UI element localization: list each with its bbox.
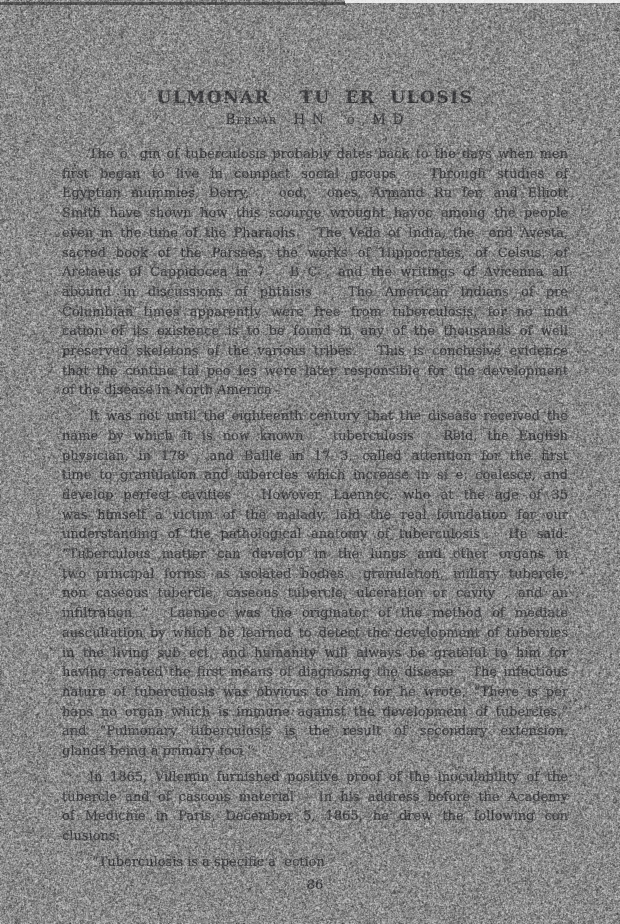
text-line: time to granulation and tubercles which …: [62, 466, 568, 486]
page-number: 86: [62, 878, 568, 893]
text-line: Columbian times apparently were free fro…: [62, 303, 568, 323]
article-body: The o gin of tuberculosis probably dates…: [62, 145, 568, 872]
text-line: non caseous tubercle, caseous tubercle, …: [62, 584, 568, 604]
text-line: “Tuberculous matter can develop in the l…: [62, 545, 568, 565]
text-line: and “Pulmonary tuberculosis is the resul…: [62, 722, 568, 742]
text-line: first began to live in compact social gr…: [62, 165, 568, 185]
text-line: having created the first means of diagno…: [62, 663, 568, 683]
text-line: In 1865, Villemin furnished positive pro…: [62, 768, 568, 788]
text-line: that the contine tal peo les were later …: [62, 362, 568, 382]
text-line: nature of tuberculosis was obvious to hi…: [62, 683, 568, 703]
paragraph-conclusion-quote: “Tuberculosis is a specific a ection: [62, 853, 568, 873]
page-text-block: ULMONAR TU ER ULOSIS Bernar H N o , M D …: [62, 0, 568, 893]
text-line: sacred book of the Parsees, the works of…: [62, 244, 568, 264]
text-line: auscultation by which he learned to dete…: [62, 624, 568, 644]
text-line: two principal forms: as isolated bodies …: [62, 565, 568, 585]
text-line: in the living sub ect, and humanity will…: [62, 644, 568, 664]
text-line: understanding of the pathological anatom…: [62, 525, 568, 545]
text-line: of the disease in North America: [62, 381, 568, 401]
text-line: glands being a primary foci ”: [62, 742, 568, 762]
text-line: Aretaeus of Cappidocea in 7 B C , and th…: [62, 263, 568, 283]
author-byline: Bernar H N o , M D: [62, 111, 568, 130]
text-line: preserved skeletons of the various tribe…: [62, 342, 568, 362]
text-line: Egyptian mummies, Derry, ood, ones, Arma…: [62, 184, 568, 204]
text-line: develop perfect cavities However, Laenne…: [62, 486, 568, 506]
text-line: cation of its existence is to be found i…: [62, 322, 568, 342]
scan-top-edge-highlight: [345, 0, 620, 3]
text-line: tubercle and of cascous material In his …: [62, 788, 568, 808]
text-line: clusions:: [62, 827, 568, 847]
paragraph-eighteenth-century-laennec: It was not until the eighteenth century …: [62, 407, 568, 762]
text-line: physician, in 178 , and Baille in 17 3, …: [62, 447, 568, 467]
text-line: The o gin of tuberculosis probably dates…: [62, 145, 568, 165]
text-line: haps no organ which is immune against th…: [62, 703, 568, 723]
paragraph-villemin-1865: In 1865, Villemin furnished positive pro…: [62, 768, 568, 847]
text-line: name by which it is now known tuberculos…: [62, 427, 568, 447]
text-line: of Medicine in Paris, December 5, 1865, …: [62, 807, 568, 827]
text-line: infiltration ” Laennec was the originato…: [62, 604, 568, 624]
text-line: even in the time of the Pharaohs The Ved…: [62, 224, 568, 244]
text-line: It was not until the eighteenth century …: [62, 407, 568, 427]
text-line: “Tuberculosis is a specific a ection: [62, 853, 568, 873]
text-line: was himself a victim of the malady, laid…: [62, 506, 568, 526]
text-line: abound in discussions of phthisis The Am…: [62, 283, 568, 303]
scanned-document-page: ULMONAR TU ER ULOSIS Bernar H N o , M D …: [0, 0, 620, 924]
scan-top-edge-shadow: [0, 2, 345, 5]
text-line: Smith have shown how this scourge wrough…: [62, 204, 568, 224]
article-title: ULMONAR TU ER ULOSIS: [62, 88, 568, 108]
paragraph-origins-of-tuberculosis: The o gin of tuberculosis probably dates…: [62, 145, 568, 401]
